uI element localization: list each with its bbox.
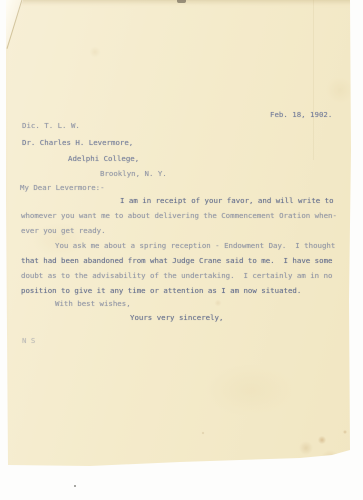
recipient-institution: Adelphi College, [68,154,139,164]
date-line: Feb. 18, 1902. [270,110,332,120]
paragraph-1-line-1: I am in receipt of your favor, and will … [120,196,334,206]
paragraph-2-line-1: You ask me about a spring reception - En… [55,241,335,251]
scanned-letter-page: Feb. 18, 1902. Dic. T. L. W. Dr. Charles… [0,0,363,500]
paragraph-2-line-2: that had been abandoned from what Judge … [21,256,332,266]
signoff: Yours very sincerely, [130,313,223,323]
typist-initials: N S [22,336,35,346]
paragraph-1-line-2: whomever you want me to about delivering… [21,211,337,221]
dictation-reference: Dic. T. L. W. [22,121,80,131]
paragraph-2-line-3: doubt as to the advisability of the unde… [21,271,332,281]
paragraph-2-line-4: position to give it any time or attentio… [21,286,301,296]
recipient-city: Brooklyn, N. Y. [100,169,167,179]
closing-wishes: With best wishes, [55,299,131,309]
paragraph-1-line-3: ever you get ready. [21,226,106,236]
recipient-name: Dr. Charles H. Levermore, [22,138,133,148]
typewritten-text: Feb. 18, 1902. Dic. T. L. W. Dr. Charles… [0,0,363,500]
salutation: My Dear Levermore:- [20,183,105,193]
